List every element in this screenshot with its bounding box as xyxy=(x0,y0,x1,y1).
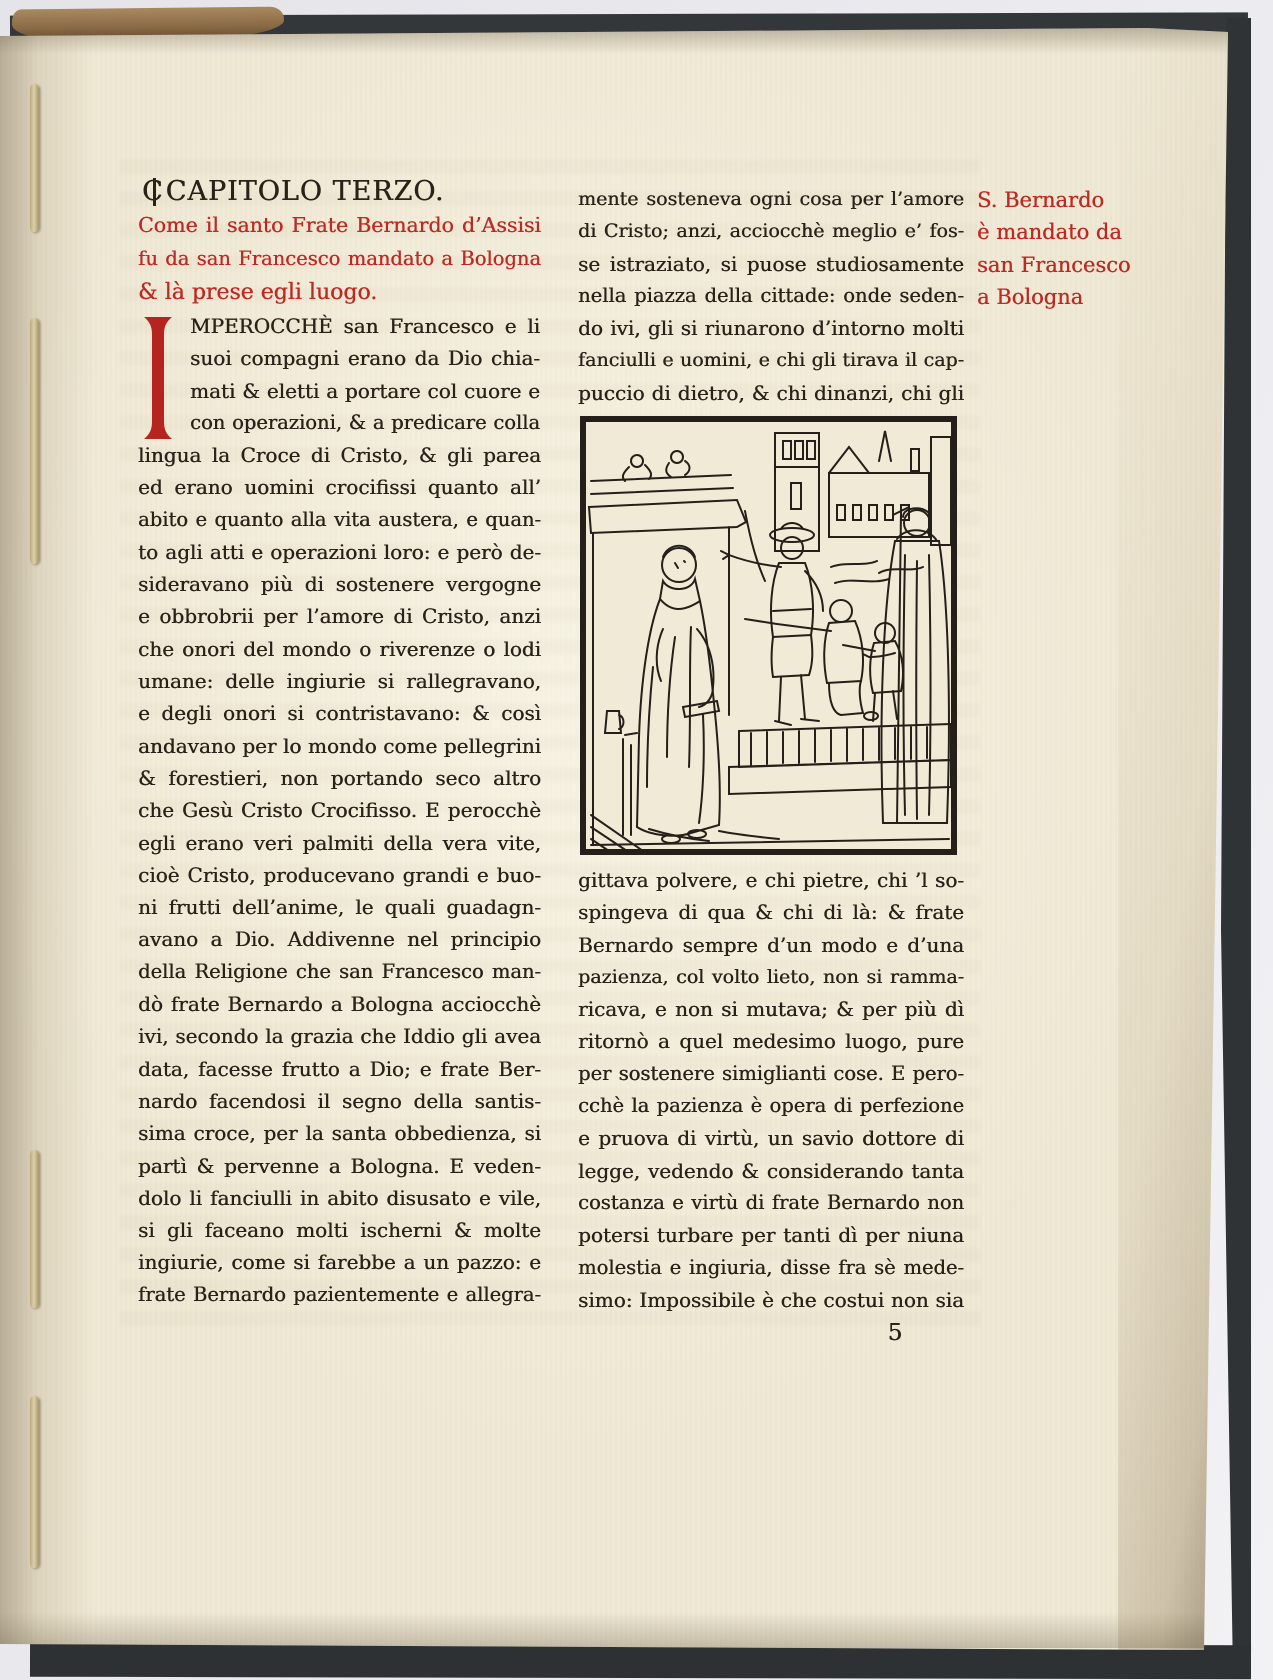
text-line: costanza e virtù di frate Bernardo non xyxy=(578,1187,964,1219)
margin-note: S. Bernardoè mandato dasan Francescoa Bo… xyxy=(977,184,1177,313)
text-line: e obbrobrii per l’amore di Cristo, anzi xyxy=(138,600,541,632)
margin-note-line: san Francesco xyxy=(977,249,1177,281)
text-line: ivi, secondo la grazia che Iddio gli ave… xyxy=(138,1020,541,1052)
text-line: ritornò a quel medesimo luogo, pure xyxy=(578,1025,964,1057)
text-line: legge, vedendo & considerando tanta xyxy=(578,1155,964,1187)
bottom-edge-shadow xyxy=(0,1612,1273,1648)
text-line: molestia e ingiuria, disse fra sè mede- xyxy=(578,1252,964,1284)
left-column: lingua la Croce di Cristo, & gli pareaed… xyxy=(138,439,541,1311)
text-line: egli erano veri palmiti della vera vite, xyxy=(138,827,541,859)
text-line: ed erano uomini crocifissi quanto all’ xyxy=(138,471,541,503)
chapter-heading-text: CAPITOLO TERZO. xyxy=(166,176,445,207)
book-cover-right-edge xyxy=(1221,18,1251,1676)
text-line: fanciulli e uomini, e chi gli tirava il … xyxy=(578,344,964,376)
text-line: frate Bernardo pazientemente e allegra- xyxy=(138,1279,541,1311)
text-line: e degli onori si contristavano: & così xyxy=(138,697,541,729)
text-line: e pruova di virtù, un savio dottore di xyxy=(578,1122,964,1154)
text-line: pazienza, col volto lieto, non si ramma- xyxy=(578,961,964,993)
text-line: umane: delle ingiurie si rallegravano, xyxy=(138,665,541,697)
binding-thread xyxy=(30,1150,39,1308)
left-column-indented: MPEROCCHÈ san Francesco e lisuoi compagn… xyxy=(190,310,540,439)
text-line: simo: Impossibile è che costui non sia xyxy=(578,1284,964,1316)
text-line: lingua la Croce di Cristo, & gli parea xyxy=(138,439,541,471)
text-line: di Cristo; anzi, acciocchè meglio e’ fos… xyxy=(578,215,964,247)
chapter-subtitle: Come il santo Frate Bernardo d’Assisifu … xyxy=(138,209,541,309)
right-column-top: mente sosteneva ogni cosa per l’amoredi … xyxy=(578,183,964,409)
chapter-heading: CCAPITOLO TERZO. xyxy=(142,175,444,209)
gutter-shading xyxy=(0,26,95,1650)
text-line: ingiurie, come si farebbe a un pazzo: e xyxy=(138,1246,541,1278)
text-line: mati & eletti a portare col cuore e xyxy=(190,375,540,407)
text-line: per sostenere simiglianti cose. E pero- xyxy=(578,1058,964,1090)
page-paper: CCAPITOLO TERZO. Come il santo Frate Ber… xyxy=(0,0,1273,1680)
text-line: cchè la pazienza è opera di perfezione xyxy=(578,1090,964,1122)
binding-thread xyxy=(30,84,39,232)
text-line: con operazioni, & a predicare colla xyxy=(190,407,540,439)
text-line: mente sosteneva ogni cosa per l’amore xyxy=(578,183,964,215)
text-line: andavano per lo mondo come pellegrini xyxy=(138,730,541,762)
text-line: avano a Dio. Addivenne nel principio xyxy=(138,923,541,955)
text-line: & forestieri, non portando seco altro xyxy=(138,762,541,794)
margin-note-line: S. Bernardo xyxy=(977,184,1177,216)
text-line: che Gesù Cristo Crocifisso. E perocchè xyxy=(138,794,541,826)
text-line: nella piazza della cittade: onde seden- xyxy=(578,280,964,312)
text-line: ricava, e non si mutava; & per più dì xyxy=(578,993,964,1025)
text-line: dolo li fanciulli in abito disusato e vi… xyxy=(138,1182,541,1214)
capitulum-bar xyxy=(153,178,156,206)
text-line: della Religione che san Francesco man- xyxy=(138,956,541,988)
margin-note-line: a Bologna xyxy=(977,281,1177,313)
text-line: se istraziato, si puose studiosamente xyxy=(578,248,964,280)
text-line: ni frutti dell’anime, le quali guadagn- xyxy=(138,891,541,923)
capitulum-mark: C xyxy=(142,175,164,209)
text-line: che onori del mondo o riverenze o lodi xyxy=(138,633,541,665)
subtitle-line: & là prese egli luogo. xyxy=(138,276,541,309)
text-line: abito e quanto alla vita austera, e quan… xyxy=(138,504,541,536)
text-line: cioè Cristo, producevano grandi e buo- xyxy=(138,859,541,891)
text-line: do ivi, gli si riunarono d’intorno molti xyxy=(578,312,964,344)
drop-cap-initial xyxy=(140,315,176,445)
text-line: to agli atti e operazioni loro: e però d… xyxy=(138,536,541,568)
text-line: potersi turbare per tanti dì per niuna xyxy=(578,1219,964,1251)
text-line: nardo facendosi il segno della santis- xyxy=(138,1085,541,1117)
text-line: gittava polvere, e chi pietre, chi ’l so… xyxy=(578,864,964,896)
text-line: sideravano più di sostenere vergogne xyxy=(138,568,541,600)
text-line: suoi compagni erano da Dio chia- xyxy=(190,342,540,374)
binding-thread xyxy=(30,1396,39,1568)
text-line: Bernardo sempre d’un modo e d’una xyxy=(578,929,964,961)
binding-thread xyxy=(30,318,39,564)
text-line: dò frate Bernardo a Bologna acciocchè xyxy=(138,988,541,1020)
text-line: puccio di dietro, & chi dinanzi, chi gli xyxy=(578,377,964,409)
right-column-bottom: gittava polvere, e chi pietre, chi ’l so… xyxy=(578,864,964,1316)
margin-note-line: è mandato da xyxy=(977,216,1177,248)
woodcut-illustration xyxy=(579,415,958,856)
subtitle-line: fu da san Francesco mandato a Bologna xyxy=(138,242,541,275)
text-line: partì & pervenne a Bologna. E veden- xyxy=(138,1150,541,1182)
page-number: 5 xyxy=(860,1318,930,1348)
subtitle-line: Come il santo Frate Bernardo d’Assisi xyxy=(138,209,541,242)
text-line: spingeva di qua & chi di là: & frate xyxy=(578,896,964,928)
text-line: MPEROCCHÈ san Francesco e li xyxy=(190,310,540,342)
text-line: si gli faceano molti ischerni & molte xyxy=(138,1214,541,1246)
text-line: data, facesse frutto a Dio; e frate Ber- xyxy=(138,1053,541,1085)
text-line: sima croce, per la santa obbedienza, si xyxy=(138,1117,541,1149)
book-page-photo: CCAPITOLO TERZO. Come il santo Frate Ber… xyxy=(0,0,1273,1680)
